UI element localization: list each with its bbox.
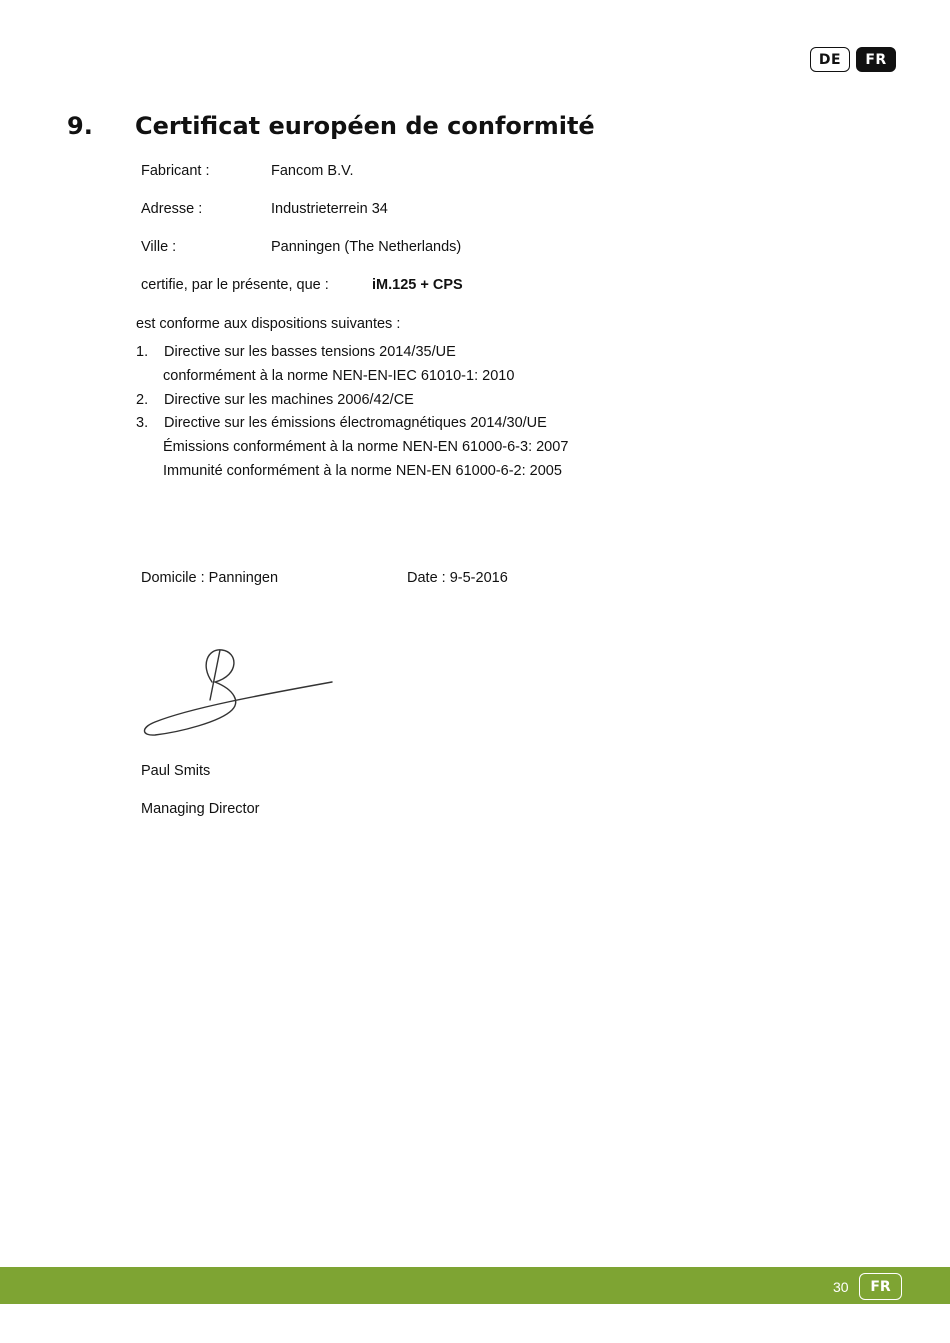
signatory-name: Paul Smits xyxy=(141,763,210,779)
directive-text: Directive sur les machines 2006/42/CE xyxy=(164,392,414,408)
language-fr-button[interactable]: FR xyxy=(856,47,896,72)
manufacturer-label: Fabricant : xyxy=(141,163,271,179)
city-field: Ville : Panningen (The Netherlands) xyxy=(141,239,461,255)
address-field: Adresse : Industrieterrein 34 xyxy=(141,201,388,217)
product-name: iM.125 + CPS xyxy=(372,277,463,293)
signatory-role: Managing Director xyxy=(141,801,259,817)
certifies-label: certifie, par le présente, que : xyxy=(141,277,372,293)
directive-detail: Immunité conformément à la norme NEN-EN … xyxy=(163,463,562,479)
language-de-button[interactable]: DE xyxy=(810,47,850,72)
page-number: 30 xyxy=(833,1279,849,1295)
directive-item: 3. Directive sur les émissions électroma… xyxy=(136,415,547,431)
city-label: Ville : xyxy=(141,239,271,255)
conformity-intro: est conforme aux dispositions suivantes … xyxy=(136,316,400,332)
manufacturer-field: Fabricant : Fancom B.V. xyxy=(141,163,353,179)
directive-text: Directive sur les émissions électromagné… xyxy=(164,415,547,431)
directive-item: 1. Directive sur les basses tensions 201… xyxy=(136,344,456,360)
signing-place: Domicile : Panningen xyxy=(141,570,278,586)
directive-text: Directive sur les basses tensions 2014/3… xyxy=(164,344,456,360)
language-switch: DE FR xyxy=(810,47,896,72)
page-title: 9. Certificat européen de conformité xyxy=(67,112,595,140)
section-title-text: Certificat européen de conformité xyxy=(135,112,595,140)
city-value: Panningen (The Netherlands) xyxy=(271,239,461,255)
footer-language-badge: FR xyxy=(859,1273,902,1300)
directive-number: 3. xyxy=(136,415,164,431)
section-number: 9. xyxy=(67,112,135,140)
directive-detail: conformément à la norme NEN-EN-IEC 61010… xyxy=(163,368,514,384)
directive-item: 2. Directive sur les machines 2006/42/CE xyxy=(136,392,414,408)
address-label: Adresse : xyxy=(141,201,271,217)
directive-detail: Émissions conformément à la norme NEN-EN… xyxy=(163,439,568,455)
certifies-field: certifie, par le présente, que : iM.125 … xyxy=(141,277,463,293)
signing-date: Date : 9-5-2016 xyxy=(407,570,508,586)
address-value: Industrieterrein 34 xyxy=(271,201,388,217)
manufacturer-value: Fancom B.V. xyxy=(271,163,353,179)
footer-bar xyxy=(0,1267,950,1304)
directive-number: 1. xyxy=(136,344,164,360)
directive-number: 2. xyxy=(136,392,164,408)
signature-icon xyxy=(140,640,340,745)
